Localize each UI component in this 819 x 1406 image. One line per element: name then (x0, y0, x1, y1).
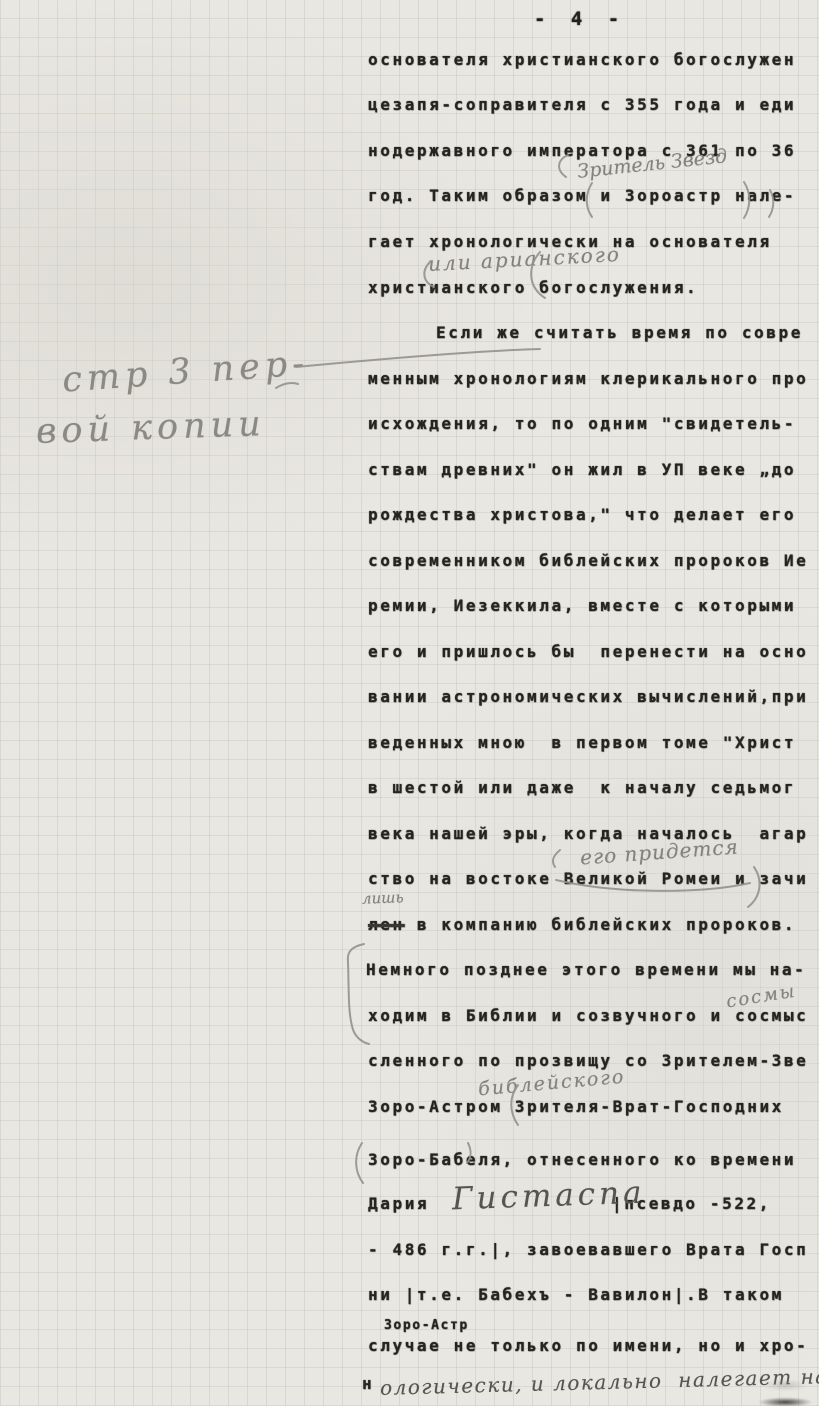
typed-line: ство на востоке Великой Ромеи и зачи (368, 869, 808, 888)
handwritten-bibleyskogo-insertion: библейского (477, 1066, 626, 1101)
typed-line: Зоро-Бабеля, отнесенного ко времени (368, 1150, 796, 1169)
typed-line: менным хронологиям клерикального про (368, 369, 808, 388)
typed-line: цезапя-соправителя с 355 года и еди (368, 95, 796, 114)
handwritten-gistaspa-name: Гистаспа (451, 1175, 646, 1218)
handwritten-margin-note-line1: стр 3 пер- (61, 343, 310, 400)
typed-line: Немного позднее этого времени мы на- (366, 960, 806, 979)
ink-smudge (744, 1374, 819, 1406)
handwritten-lish-insertion: лишь (362, 888, 404, 907)
typed-line: его и пришлось бы перенести на осно (368, 642, 808, 661)
pencil-mark-paragraph-bracket (348, 944, 369, 1044)
typed-line: Если же считать время по совре (436, 323, 803, 342)
typed-line: в шестой или даже к началу седьмог (368, 778, 796, 797)
page-number: - 4 - (534, 8, 626, 30)
struck-text: лен (368, 915, 405, 934)
typed-text: Дария (368, 1194, 429, 1213)
typed-line: веденных мною в первом томе "Христ (368, 733, 796, 752)
typed-line: современником библейских пророков Ие (368, 551, 808, 570)
typed-line: ствам древних" он жил в УП веке „до (368, 460, 796, 479)
pencil-mark-open-paren-zoro-babel (356, 1143, 363, 1183)
pencil-mark-margin-swoosh (296, 349, 540, 367)
pencil-mark-open-paren-ego (553, 850, 560, 867)
typed-line: рождества христова," что делает его (368, 505, 796, 524)
typed-letter-n: н (362, 1374, 374, 1393)
typed-line: сленного по прозвищу со Зрителем-Зве (368, 1051, 808, 1070)
typed-line: случае не только по имени, но и хро- (368, 1336, 808, 1355)
typed-line: Зоро-Астром Зрителя-Врат-Господних (368, 1097, 784, 1116)
typed-line: год. Таким образом и Зороастр нале- (368, 186, 796, 205)
typed-text: в компанию библейских пророков. (405, 915, 796, 934)
typed-line: вании астрономических вычислений,при (368, 687, 808, 706)
typed-line: христианского богослужения. (368, 278, 698, 297)
handwritten-margin-note-line2: вой копии (35, 404, 266, 452)
typed-line: - 486 г.г.|, завоевавшего Врата Госп (368, 1240, 808, 1259)
typed-line: века нашей эры, когда началось агар (368, 824, 808, 843)
typed-line: исхождения, то по одним "свидетель- (368, 414, 796, 433)
typed-line: ремии, Иезеккила, вместе с которыми (368, 596, 796, 615)
typed-line-daria: Дария|псевдо -522, (368, 1194, 429, 1213)
typed-line: нодержавного императора с 361 по 36 (368, 141, 796, 160)
typed-interline-insertion: Зоро-Астр (384, 1318, 469, 1333)
scanned-document-page: - 4 - основателя христианского богослуже… (0, 0, 819, 1406)
typed-line: основателя христианского богослужен (368, 50, 796, 69)
typed-line-with-strikethrough: лен в компанию библейских пророков. (368, 915, 796, 934)
typed-line: ни |т.е. Бабехъ - Вавилон|.В таком (368, 1285, 784, 1304)
